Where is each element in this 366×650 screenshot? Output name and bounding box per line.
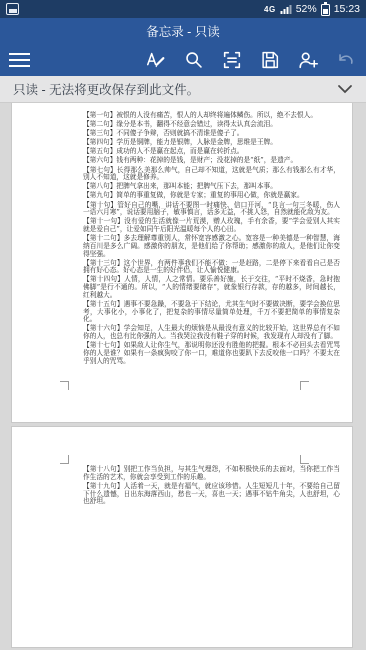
document-page-1: 【第一句】被恨的人没有痛苦，恨人的人却终将遍体鳞伤。所以，绝不去恨人。 【第二句… [12,103,352,422]
paragraph: 【第二句】缘分是本书，翻得不经意会错过，读得太认真会流泪。 [83,121,340,129]
document-title: 备忘录 - 只读 [146,22,220,40]
paragraph: 【第十九句】人活着一天，就是有福气，就应该珍惜。人生短短几十年，不要给自己留下什… [83,483,340,506]
search-button[interactable] [183,49,205,71]
mobile-view-icon [221,49,243,71]
paragraph: 【第十五句】遇事不要急躁，不要急于下结论，尤其生气时不要做决断，要学会换位思考，… [83,301,340,324]
status-bar: 4G 52% 15:23 [0,0,366,18]
save-button[interactable] [259,49,281,71]
paragraph: 【第十七句】如果敌人让你生气，那说明你还没有胜他的把握。根本不必回头去看咒骂你的… [83,342,340,365]
paragraph: 【第六句】钱有两种：花掉的是钱，是财产；没花掉的是“纸”，是遗产。 [83,157,340,165]
paragraph: 【第十八句】别把工作当负担，与其生气埋怨，不如积极快乐的去面对，当你把工作当作生… [83,466,340,481]
paragraph: 【第十句】管好自己的嘴，讲话不要图一时痛快、信口开河，“良言一句三冬暖，伤人一语… [83,202,340,217]
search-icon [183,49,205,71]
add-person-icon [297,49,319,71]
document-canvas[interactable]: 【第一句】被恨的人没有痛苦，恨人的人却终将遍体鳞伤。所以，绝不去恨人。 【第二句… [0,103,366,650]
hamburger-menu-icon [9,53,30,55]
paragraph: 【第十四句】人情，人情，人之常情。要乐善好施，长于交往，“平时不烧香，急时抱佛脚… [83,276,340,299]
paragraph: 【第十一句】没有爱的生活就像一片荒漠，赠人玫瑰，手有余香，要“学会爱别人其实就是… [83,218,340,233]
battery-percent-label: 52% [296,3,317,15]
undo-button[interactable] [335,49,357,71]
undo-icon [335,49,357,71]
paragraph: 【第八句】把脾气拿出来，那叫本能；把脾气压下去，那叫本事。 [83,183,340,191]
chevron-down-icon[interactable] [337,84,353,94]
paragraph: 【第十三句】这个世界，有两件事我们不能不做：一是赶路，二是停下来看看自己是否拥有… [83,260,340,275]
margin-corner-mark [60,381,69,390]
clock-label: 15:23 [334,3,360,15]
margin-corner-mark [300,455,309,464]
edit-button[interactable] [145,49,167,71]
margin-corner-mark [60,455,69,464]
paragraph: 【第五句】成功的人不是赢在起点，而是赢在转折点。 [83,148,340,156]
save-icon [259,49,281,71]
hamburger-menu-button[interactable] [9,49,35,71]
mobile-view-button[interactable] [221,49,243,71]
signal-strength-icon [280,3,292,15]
network-type-label: 4G [264,5,276,14]
paragraph: 【第七句】长得那么美那么帅气，自己却不知道，这就是气质；那么有钱那么有才华，别人… [83,167,340,182]
share-button[interactable] [297,49,319,71]
paragraph: 【第十二句】多去理解尊重别人，常怀宽容感激之心。宽容是一种美德是一种智慧，海纳百… [83,235,340,258]
paragraph: 【第三句】不同傻子争辩，否则就搞不清谁是傻子了。 [83,130,340,138]
readonly-banner: 只读 - 无法将更改保存到此文件。 [0,76,366,103]
paragraph: 【第九句】简单的事重复做，你就是专家；重复的事用心做，你就是赢家。 [83,192,340,200]
margin-corner-mark [300,381,309,390]
edit-pen-icon [145,49,167,71]
toolbar [0,44,366,76]
paragraph: 【第四句】学历是铜牌，能力是银牌，人脉是金牌，思维是王牌。 [83,139,340,147]
app-screen: 4G 52% 15:23 备忘录 - 只读 [0,0,366,650]
title-bar: 备忘录 - 只读 [0,18,366,44]
document-page-2: 【第十八句】别把工作当负担，与其生气埋怨，不如积极快乐的去面对，当你把工作当作生… [12,427,352,647]
page-1-text: 【第一句】被恨的人没有痛苦，恨人的人却终将遍体鳞伤。所以，绝不去恨人。 【第二句… [12,103,352,365]
battery-icon [321,4,330,16]
paragraph: 【第十六句】学会知足，人生最大的烦恼是从最没有意义的比较开始，这世界总有不如你的… [83,325,340,340]
paragraph: 【第一句】被恨的人没有痛苦，恨人的人却终将遍体鳞伤。所以，绝不去恨人。 [83,112,340,120]
page-2-text: 【第十八句】别把工作当负担，与其生气埋怨，不如积极快乐的去面对，当你把工作当作生… [12,427,352,506]
screenshot-notification-icon [6,3,19,15]
readonly-message: 只读 - 无法将更改保存到此文件。 [13,80,199,98]
